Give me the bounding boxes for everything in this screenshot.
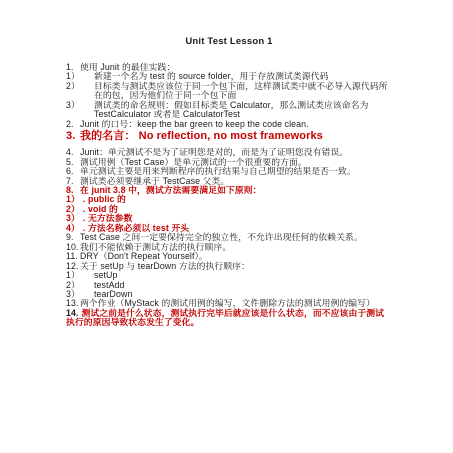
list-item-text: testAdd <box>94 281 392 290</box>
document-lines: 1.使用 Junit 的最佳实践：1）新建一个名为 test 的 source … <box>66 63 392 328</box>
list-item-marker: 2. <box>66 120 80 129</box>
list-item: 3）测试类的命名规则：假如目标类是 Calculator，那么测试类应该命名为 … <box>66 101 392 120</box>
list-item-text: 目标类与测试类应该位于同一个包下面，这样测试类中就不必导入源代码所在的包，因为他… <box>94 82 392 101</box>
list-item-text: setUp <box>94 271 392 280</box>
document-title: Unit Test Lesson 1 <box>66 36 392 47</box>
list-item: 2.Junit 的口号：keep the bar green to keep t… <box>66 120 392 129</box>
document-page: Unit Test Lesson 1 1.使用 Junit 的最佳实践：1）新建… <box>66 36 392 328</box>
list-item: 3.我的名言： No reflection, no most framework… <box>66 130 392 143</box>
list-item-text: Junit 的口号：keep the bar green to keep the… <box>80 120 392 129</box>
list-item-text: 我的名言： No reflection, no most frameworks <box>80 130 392 143</box>
list-item-marker: 2） <box>66 82 94 101</box>
list-item: 14.测试之前是什么状态，测试执行完毕后就应该是什么状态，而不应该由于测试执行的… <box>66 309 392 328</box>
list-item-text: . public 的 <box>83 195 392 204</box>
list-item-text: 测试类的命名规则：假如目标类是 Calculator，那么测试类应该命名为 Te… <box>94 101 392 120</box>
list-item: 2）目标类与测试类应该位于同一个包下面，这样测试类中就不必导入源代码所在的包，因… <box>66 82 392 101</box>
list-item-text: 关于 setUp 与 tearDown 方法的执行顺序： <box>80 262 392 271</box>
list-item-text: 在 junit 3.8 中，测试方法需要满足如下原则： <box>80 186 392 195</box>
list-item-marker: 3. <box>66 130 80 143</box>
list-item-text: 测试之前是什么状态，测试执行完毕后就应该是什么状态，而不应该由于测试执行的原因导… <box>66 308 384 327</box>
list-item-marker: 3） <box>66 101 94 120</box>
